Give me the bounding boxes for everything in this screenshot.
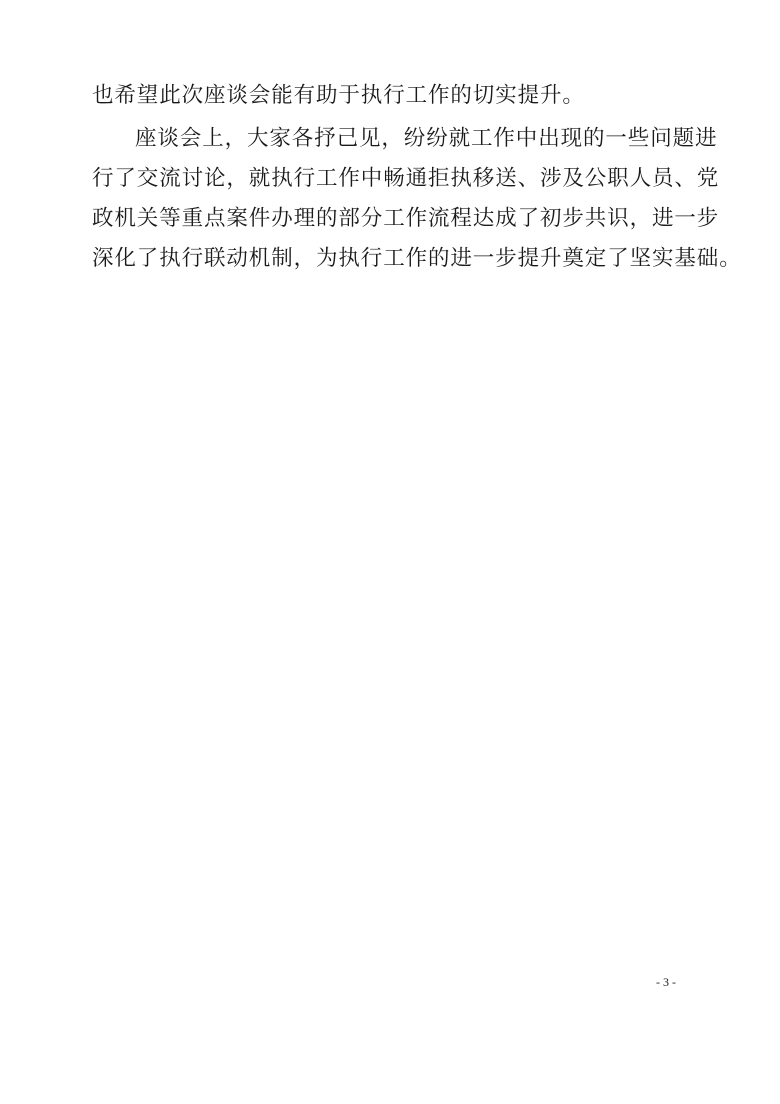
paragraph-continuation: 也希望此次座谈会能有助于执行工作的切实提升。 (92, 76, 692, 116)
paragraph-meeting-summary: 座谈会上，大家各抒己见，纷纷就工作中出现的一些问题进 行了交流讨论，就执行工作中… (92, 119, 692, 279)
text-line: 政机关等重点案件办理的部分工作流程达成了初步共识，进一步 (92, 199, 692, 239)
page-number: - 3 - (656, 975, 676, 990)
text-line: 行了交流讨论，就执行工作中畅通拒执移送、涉及公职人员、党 (92, 159, 692, 199)
text-line: 也希望此次座谈会能有助于执行工作的切实提升。 (92, 76, 692, 116)
text-line: 座谈会上，大家各抒己见，纷纷就工作中出现的一些问题进 (92, 119, 692, 159)
document-page: 也希望此次座谈会能有助于执行工作的切实提升。 座谈会上，大家各抒己见，纷纷就工作… (0, 0, 780, 1104)
document-body: 也希望此次座谈会能有助于执行工作的切实提升。 座谈会上，大家各抒己见，纷纷就工作… (92, 76, 692, 279)
text-line: 深化了执行联动机制，为执行工作的进一步提升奠定了坚实基础。 (92, 239, 692, 279)
